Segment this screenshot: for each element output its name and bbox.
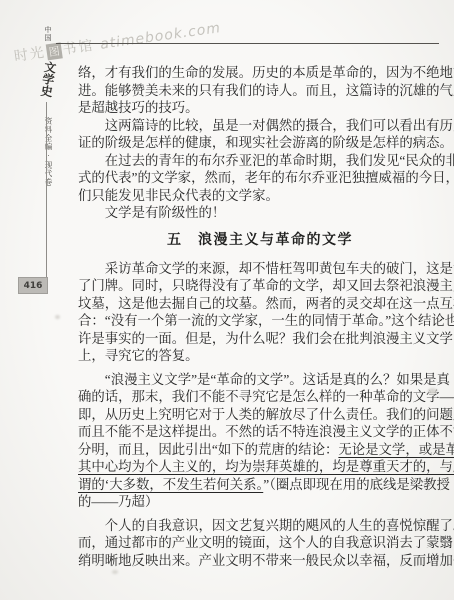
- text-segment: 文学是有阶级性的！: [105, 205, 226, 220]
- text-line: 采访革命文学的来源，却不惜枉驾叩黄包车夫的破门，这是认错: [78, 260, 442, 278]
- text-line: 式的代表”的文学家，然而，老年的布尔乔亚汜独擅威福的今日，我: [78, 169, 442, 187]
- section-heading: 五 浪漫主义与革命的文学: [78, 232, 442, 250]
- text-line: 确的话，那末，我们不能不寻究它是怎么样的一种革命的文学——: [78, 388, 442, 406]
- text-segment: 即，从历史上究明它对于人类的解放尽了什么责任。我们的问题应该: [78, 407, 454, 422]
- watermark-text-right: 书馆: [62, 39, 96, 58]
- text-segment: ”（圈点即现在用的底线是梁教授: [263, 477, 450, 492]
- paragraph: “浪漫主义文学”是“革命的文学”。这话是真的么？如果是真确的话，那末，我们不能不…: [78, 371, 442, 511]
- text-segment: 证的阶级是怎样的健康，和现实社会游离的阶级是怎样的病态。: [78, 135, 453, 150]
- text-line: 分明，而且，因此引出“如下的荒唐的结论：无论是文学，或是革命，: [78, 441, 442, 459]
- text-segment: “浪漫主义文学”是“革命的文学”。这话是真的么？如果是真: [105, 372, 450, 387]
- text-segment: 确的话，那末，我们不能不寻究它是怎么样的一种革命的文学——: [78, 389, 454, 404]
- scan-speck: [112, 570, 118, 574]
- text-segment: 这两篇诗的比较，虽是一对偶然的摄合，我们可以看出有历史保: [105, 118, 454, 133]
- paragraph: 个人的自我意识，因文艺复兴期的飓风的人生的喜悦惊醒了。然而，通过都市的产业文明的…: [78, 517, 442, 570]
- text-line: 们只能发见非民众代表的文学家。: [78, 187, 442, 205]
- watermark-site-url: atimebook.com: [99, 20, 222, 53]
- text-segment: 了门牌。同时，只晓得没有了革命的文学，却又回去祭祀浪漫主义的: [78, 278, 454, 293]
- text-line: 许是事实的一面。但是，为什么呢？我们会在批判浪漫主义文学的途: [78, 330, 442, 348]
- text-line: 在过去的青年的布尔乔亚汜的革命时期，我们发见“民众的非正: [78, 152, 442, 170]
- paragraph: 络，才有我们的生命的发展。历史的本质是革命的，因为不绝地前进。能够赞美未来的只有…: [78, 64, 442, 222]
- text-line: 证的阶级是怎样的健康，和现实社会游离的阶级是怎样的病态。: [78, 134, 442, 152]
- text-line: “浪漫主义文学”是“革命的文学”。这话是真的么？如果是真: [78, 371, 442, 389]
- text-line: 的——乃超）: [78, 493, 442, 511]
- underlined-text-segment: 无论是文学，或是革命，: [338, 442, 454, 457]
- underlined-text-segment: 其中心均为个人主义的，均为崇拜英雄的，均是尊重天才的，与所: [78, 459, 454, 474]
- paragraph: 采访革命文学的来源，却不惜枉驾叩黄包车夫的破门，这是认错了门牌。同时，只晓得没有…: [78, 260, 442, 365]
- text-segment: 坟墓，这是他去掘自己的坟墓。然而，两者的灵交却在这一点互相投: [78, 296, 454, 311]
- text-segment: 而且不能不是这样提出。不然的话不特连浪漫主义文学的正体不能: [78, 424, 454, 439]
- text-segment: 是超越技巧的技巧。: [78, 100, 199, 115]
- text-segment: 络，才有我们的生命的发展。历史的本质是革命的，因为不绝地前: [78, 65, 454, 80]
- text-line: 绡明晰地反映出来。产业文明不带来一般民众以幸福，反而增加他们: [78, 552, 442, 570]
- scan-speck: [55, 315, 60, 319]
- text-line: 谓的‘大多数，不发生若何关系。”（圈点即现在用的底线是梁教授: [78, 476, 442, 494]
- text-line: 即，从历史上究明它对于人类的解放尽了什么责任。我们的问题应该: [78, 406, 442, 424]
- underlined-text-segment: 谓的‘大多数，不发生若何关系。: [78, 477, 263, 492]
- text-segment: 式的代表”的文学家，然而，老年的布尔乔亚汜独擅威福的今日，我: [78, 170, 454, 185]
- page-number-badge: 416: [18, 277, 48, 294]
- page-content: 络，才有我们的生命的发展。历史的本质是革命的，因为不绝地前进。能够赞美未来的只有…: [78, 64, 442, 569]
- scan-speck: [428, 388, 437, 394]
- text-line: 上，寻究它的答复。: [78, 347, 442, 365]
- text-segment: 在过去的青年的布尔乔亚汜的革命时期，我们发见“民众的非正: [105, 153, 454, 168]
- text-line: 这两篇诗的比较，虽是一对偶然的摄合，我们可以看出有历史保: [78, 117, 442, 135]
- text-segment: 们只能发见非民众代表的文学家。: [78, 188, 279, 203]
- text-line: 坟墓，这是他去掘自己的坟墓。然而，两者的灵交却在这一点互相投: [78, 295, 442, 313]
- book-spine-label: 中国 文学史 资料全编·现代卷: [34, 26, 56, 187]
- text-line: 而且不能不是这样提出。不然的话不特连浪漫主义文学的正体不能: [78, 423, 442, 441]
- text-segment: 绡明晰地反映出来。产业文明不带来一般民众以幸福，反而增加他们: [78, 553, 454, 568]
- text-line: 其中心均为个人主义的，均为崇拜英雄的，均是尊重天才的，与所: [78, 458, 442, 476]
- text-line: 而，通过都市的产业文明的镜面，这个人的自我意识消去了蒙翳的薄: [78, 534, 442, 552]
- text-segment: 采访革命文学的来源，却不惜枉驾叩黄包车夫的破门，这是认错: [105, 261, 454, 276]
- text-line: 络，才有我们的生命的发展。历史的本质是革命的，因为不绝地前: [78, 64, 442, 82]
- text-line: 了门牌。同时，只晓得没有了革命的文学，却又回去祭祀浪漫主义的: [78, 277, 442, 295]
- text-segment: 上，寻究它的答复。: [78, 348, 199, 363]
- text-line: 文学是有阶级性的！: [78, 204, 442, 222]
- text-segment: 许是事实的一面。但是，为什么呢？我们会在批判浪漫主义文学的途: [78, 331, 454, 346]
- text-segment: 的——乃超）: [78, 494, 158, 509]
- spine-country-label: 中国: [44, 26, 52, 42]
- text-segment: 合：“没有一个第一流的文学家，一生的同情于革命。”这个结论也: [78, 313, 454, 328]
- text-segment: 分明，而且，因此引出“如下的荒唐的结论：: [78, 442, 338, 457]
- text-line: 合：“没有一个第一流的文学家，一生的同情于革命。”这个结论也: [78, 312, 442, 330]
- text-segment: 进。能够赞美未来的只有我们的诗人。而且，这篇诗的沉雄的气息又: [78, 83, 454, 98]
- text-line: 是超越技巧的技巧。: [78, 99, 442, 117]
- text-segment: 而，通过都市的产业文明的镜面，这个人的自我意识消去了蒙翳的薄: [78, 535, 454, 550]
- text-segment: 个人的自我意识，因文艺复兴期的飓风的人生的喜悦惊醒了。然: [105, 518, 454, 533]
- top-rule-divider: [56, 43, 439, 44]
- text-line: 进。能够赞美未来的只有我们的诗人。而且，这篇诗的沉雄的气息又: [78, 82, 442, 100]
- spine-series-title: 文学史: [40, 60, 57, 97]
- margin-rule-divider: [46, 102, 47, 278]
- text-line: 个人的自我意识，因文艺复兴期的飓风的人生的喜悦惊醒了。然: [78, 517, 442, 535]
